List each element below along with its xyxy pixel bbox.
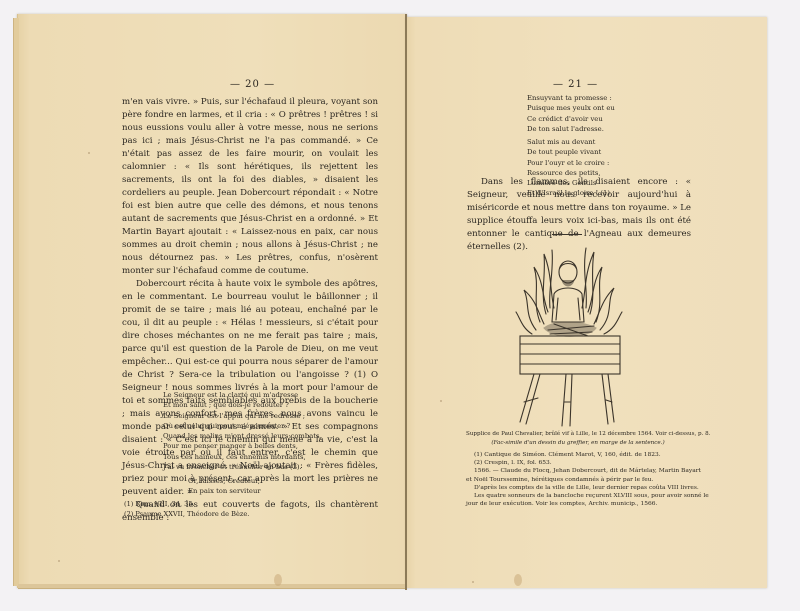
verse-line: Ensuyvant ta promesse : xyxy=(527,93,615,103)
note-line: 1566. — Claude du Flocq, Jehan Dobercour… xyxy=(466,467,709,475)
footnote: (2) Crespin, l. IX, fol. 653. xyxy=(466,459,709,467)
caption-line: Supplice de Paul Chevalier, brûlé vif à … xyxy=(466,430,690,439)
verse-line: Le Seigneur est l'appui qui me redresse … xyxy=(163,411,322,421)
verse-line: Tous ces haineux, ces ennemis mordants, xyxy=(163,452,322,462)
caption-line: (Fac-simile d'un dessin du greffier, en … xyxy=(466,439,690,448)
verse-line: Le Seigneur est la clarté qui m'adresse xyxy=(163,390,322,400)
paragraph: m'en vais vivre. » Puis, sur l'échafaud … xyxy=(122,96,378,278)
right-footnotes: (1) Cantique de Siméon. Clément Marot, V… xyxy=(466,451,709,508)
footnote: (1) Rom. VIII, 34, 35. xyxy=(124,500,249,510)
verse-line: Pour l'ouyr et le croire : xyxy=(527,158,610,168)
paper-speck xyxy=(440,400,442,402)
verse-line: En paix ton serviteur xyxy=(188,486,261,496)
section-divider xyxy=(552,234,582,235)
paper-speck xyxy=(58,560,60,562)
verse-line: Pour me penser manger à belles dents, xyxy=(163,441,322,451)
note-line: et Noël Tourssemine, hérétiques condamné… xyxy=(466,476,709,484)
verse-line: Où est celui qui peut m'épouvanter ? xyxy=(163,421,322,431)
paper-stain xyxy=(274,574,282,586)
note-line: D'après les comptes de la ville de Lille… xyxy=(466,484,709,492)
verse-line: J'ai vu broncher et trébucher en bas (2)… xyxy=(163,462,322,472)
left-footnotes: (1) Rom. VIII, 34, 35. (2) Psaume XXVII,… xyxy=(124,500,249,519)
illustration-caption: Supplice de Paul Chevalier, brûlé vif à … xyxy=(466,430,690,447)
note-line: Les quatre sonneurs de la bancloche reçu… xyxy=(466,492,709,500)
book-gutter xyxy=(405,14,407,590)
page-edge xyxy=(18,584,406,589)
song-verse: Or, laisses, Créateur, En paix ton servi… xyxy=(188,476,261,497)
verse-line: De ton salut l'adresse. xyxy=(527,124,615,134)
footnote: (1) Cantique de Siméon. Clément Marot, V… xyxy=(466,451,709,459)
verse-line: De tout peuple vivant xyxy=(527,147,610,157)
verse-line: Salut mis au devant xyxy=(527,137,610,147)
paper-speck xyxy=(472,581,474,583)
paper-stain xyxy=(514,574,522,586)
canticle-verse: Ensuyvant ta promesse : Puisque mes yeul… xyxy=(527,93,615,134)
page-number: — 20 — xyxy=(230,79,275,90)
verse-line: Or, laisses, Créateur, xyxy=(188,476,261,486)
verse-line: Quand les malins m'ont dressé leurs comb… xyxy=(163,431,322,441)
verse-line: Et mon salut ; que dois-je redouter ? xyxy=(163,400,322,410)
paper-speck xyxy=(88,152,90,154)
psalm-verse: Le Seigneur est la clarté qui m'adresse … xyxy=(163,390,322,472)
page-number: — 21 — xyxy=(553,79,598,90)
verse-line: Puisque mes yeulx ont eu xyxy=(527,103,615,113)
footnote: (2) Psaume XXVII, Théodore de Bèze. xyxy=(124,510,249,520)
note-line: jour de leur exécution. Voir les comptes… xyxy=(466,500,709,508)
man-burning-on-scaffold-icon xyxy=(510,242,630,432)
verse-line: Ce crédict d'avoir veu xyxy=(527,114,615,124)
